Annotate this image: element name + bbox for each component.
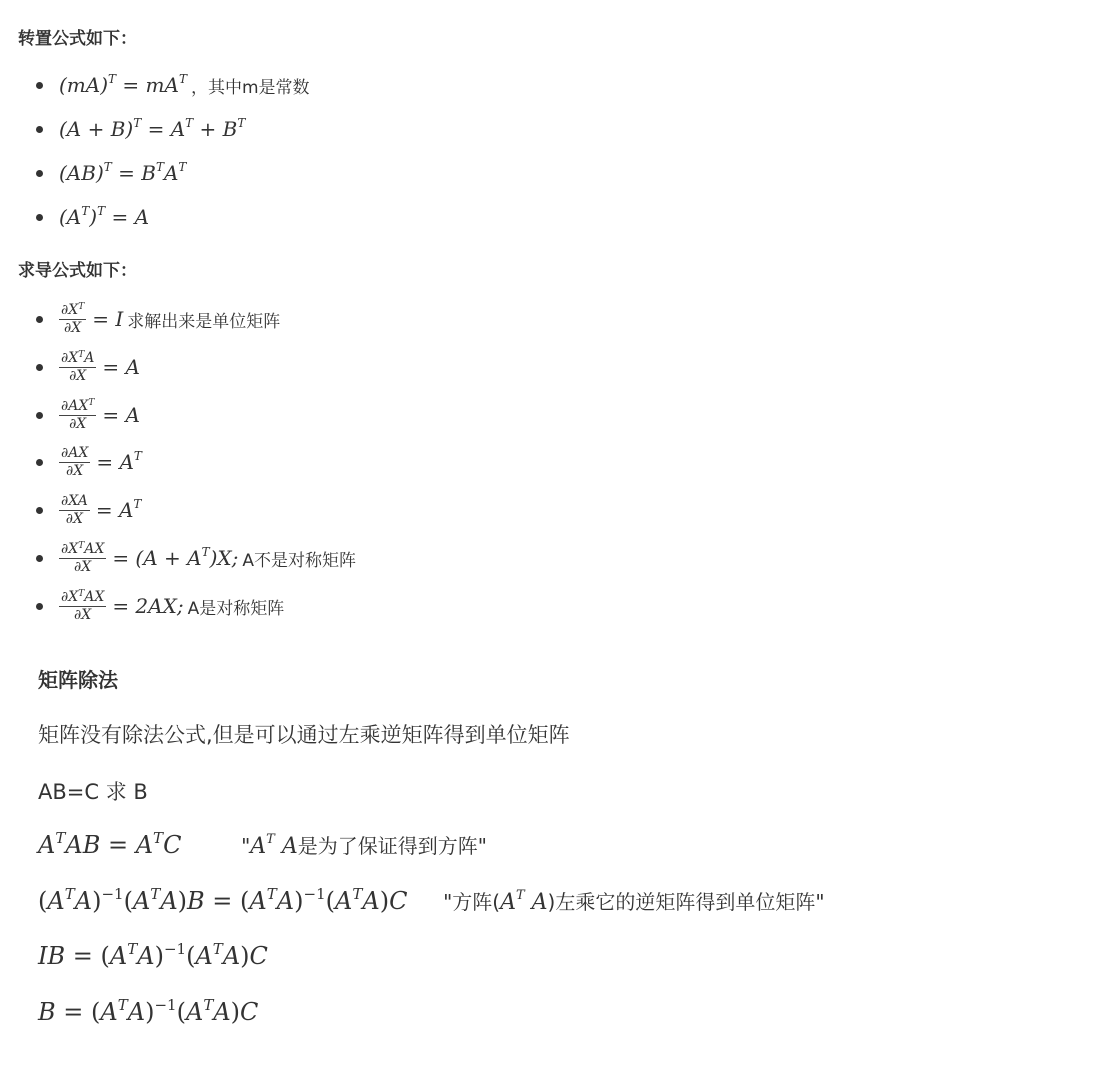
division-heading: 矩阵除法 <box>38 664 118 693</box>
formula-note: 求解出来是单位矩阵 <box>127 307 280 332</box>
transpose-item-4: (AT)T = A <box>36 197 149 237</box>
division-problem: AB=C 求 B <box>38 776 148 806</box>
derivative-item-5: ∂XA∂X = AT <box>36 490 141 530</box>
equation-step-3: IB = (ATA)−1(ATA)C <box>38 942 268 970</box>
transpose-item-2: (A + B)T = AT + BT <box>36 109 245 149</box>
bullet-icon <box>36 170 43 177</box>
bullet-icon <box>36 126 43 133</box>
fraction: ∂XTAX∂X <box>59 590 106 622</box>
equation-step-1: ATAB = ATC "AT A是为了保证得到方阵" <box>38 830 487 859</box>
fraction: ∂XT∂X <box>59 303 86 335</box>
formula-rhs: = (A + AT)X; <box>112 546 238 570</box>
formula: (AB)T = BTAT <box>59 161 186 185</box>
fraction: ∂XTA∂X <box>59 351 96 383</box>
formula: (A + B)T = AT + BT <box>59 117 245 141</box>
formula-note: A不是对称矩阵 <box>242 546 356 571</box>
formula-rhs: = I <box>92 307 123 331</box>
bullet-icon <box>36 214 43 221</box>
bullet-icon <box>36 412 43 419</box>
transpose-heading: 转置公式如下： <box>18 24 137 49</box>
equation-step-4: B = (ATA)−1(ATA)C <box>38 998 258 1026</box>
bullet-icon <box>36 459 43 466</box>
division-intro: 矩阵没有除法公式,但是可以通过左乘逆矩阵得到单位矩阵 <box>38 719 570 749</box>
formula-rhs: = 2AX; <box>112 594 183 618</box>
formula: (AT)T = A <box>59 205 149 229</box>
bullet-icon <box>36 316 43 323</box>
derivative-item-7: ∂XTAX∂X = 2AX; A是对称矩阵 <box>36 586 284 626</box>
fraction: ∂AXT∂X <box>59 399 96 431</box>
fraction: ∂AX∂X <box>59 446 90 478</box>
equation-note: "AT A是为了保证得到方阵" <box>241 834 487 858</box>
formula-rhs: = AT <box>96 450 142 474</box>
formula: (mA)T = mAT <box>59 73 187 97</box>
bullet-icon <box>36 82 43 89</box>
derivative-heading: 求导公式如下： <box>18 256 137 281</box>
formula-rhs: = AT <box>96 498 142 522</box>
formula-rhs: = A <box>102 355 140 379</box>
transpose-item-1: (mA)T = mAT ，其中m是常数 <box>36 65 310 105</box>
equation-note: "方阵(AT A)左乘它的逆矩阵得到单位矩阵" <box>443 890 824 914</box>
derivative-item-6: ∂XTAX∂X = (A + AT)X; A不是对称矩阵 <box>36 538 356 578</box>
bullet-icon <box>36 507 43 514</box>
derivative-item-4: ∂AX∂X = AT <box>36 442 142 482</box>
formula-note: A是对称矩阵 <box>188 594 285 619</box>
bullet-icon <box>36 603 43 610</box>
fraction: ∂XTAX∂X <box>59 542 106 574</box>
bullet-icon <box>36 555 43 562</box>
formula-rhs: = A <box>102 403 140 427</box>
bullet-icon <box>36 364 43 371</box>
derivative-item-2: ∂XTA∂X = A <box>36 347 140 387</box>
derivative-item-3: ∂AXT∂X = A <box>36 395 140 435</box>
transpose-item-3: (AB)T = BTAT <box>36 153 186 193</box>
fraction: ∂XA∂X <box>59 494 90 526</box>
formula-note: ，其中m是常数 <box>191 73 310 98</box>
derivative-item-1: ∂XT∂X = I 求解出来是单位矩阵 <box>36 299 280 339</box>
equation-step-2: (ATA)−1(ATA)B = (ATA)−1(ATA)C "方阵(AT A)左… <box>38 886 825 915</box>
